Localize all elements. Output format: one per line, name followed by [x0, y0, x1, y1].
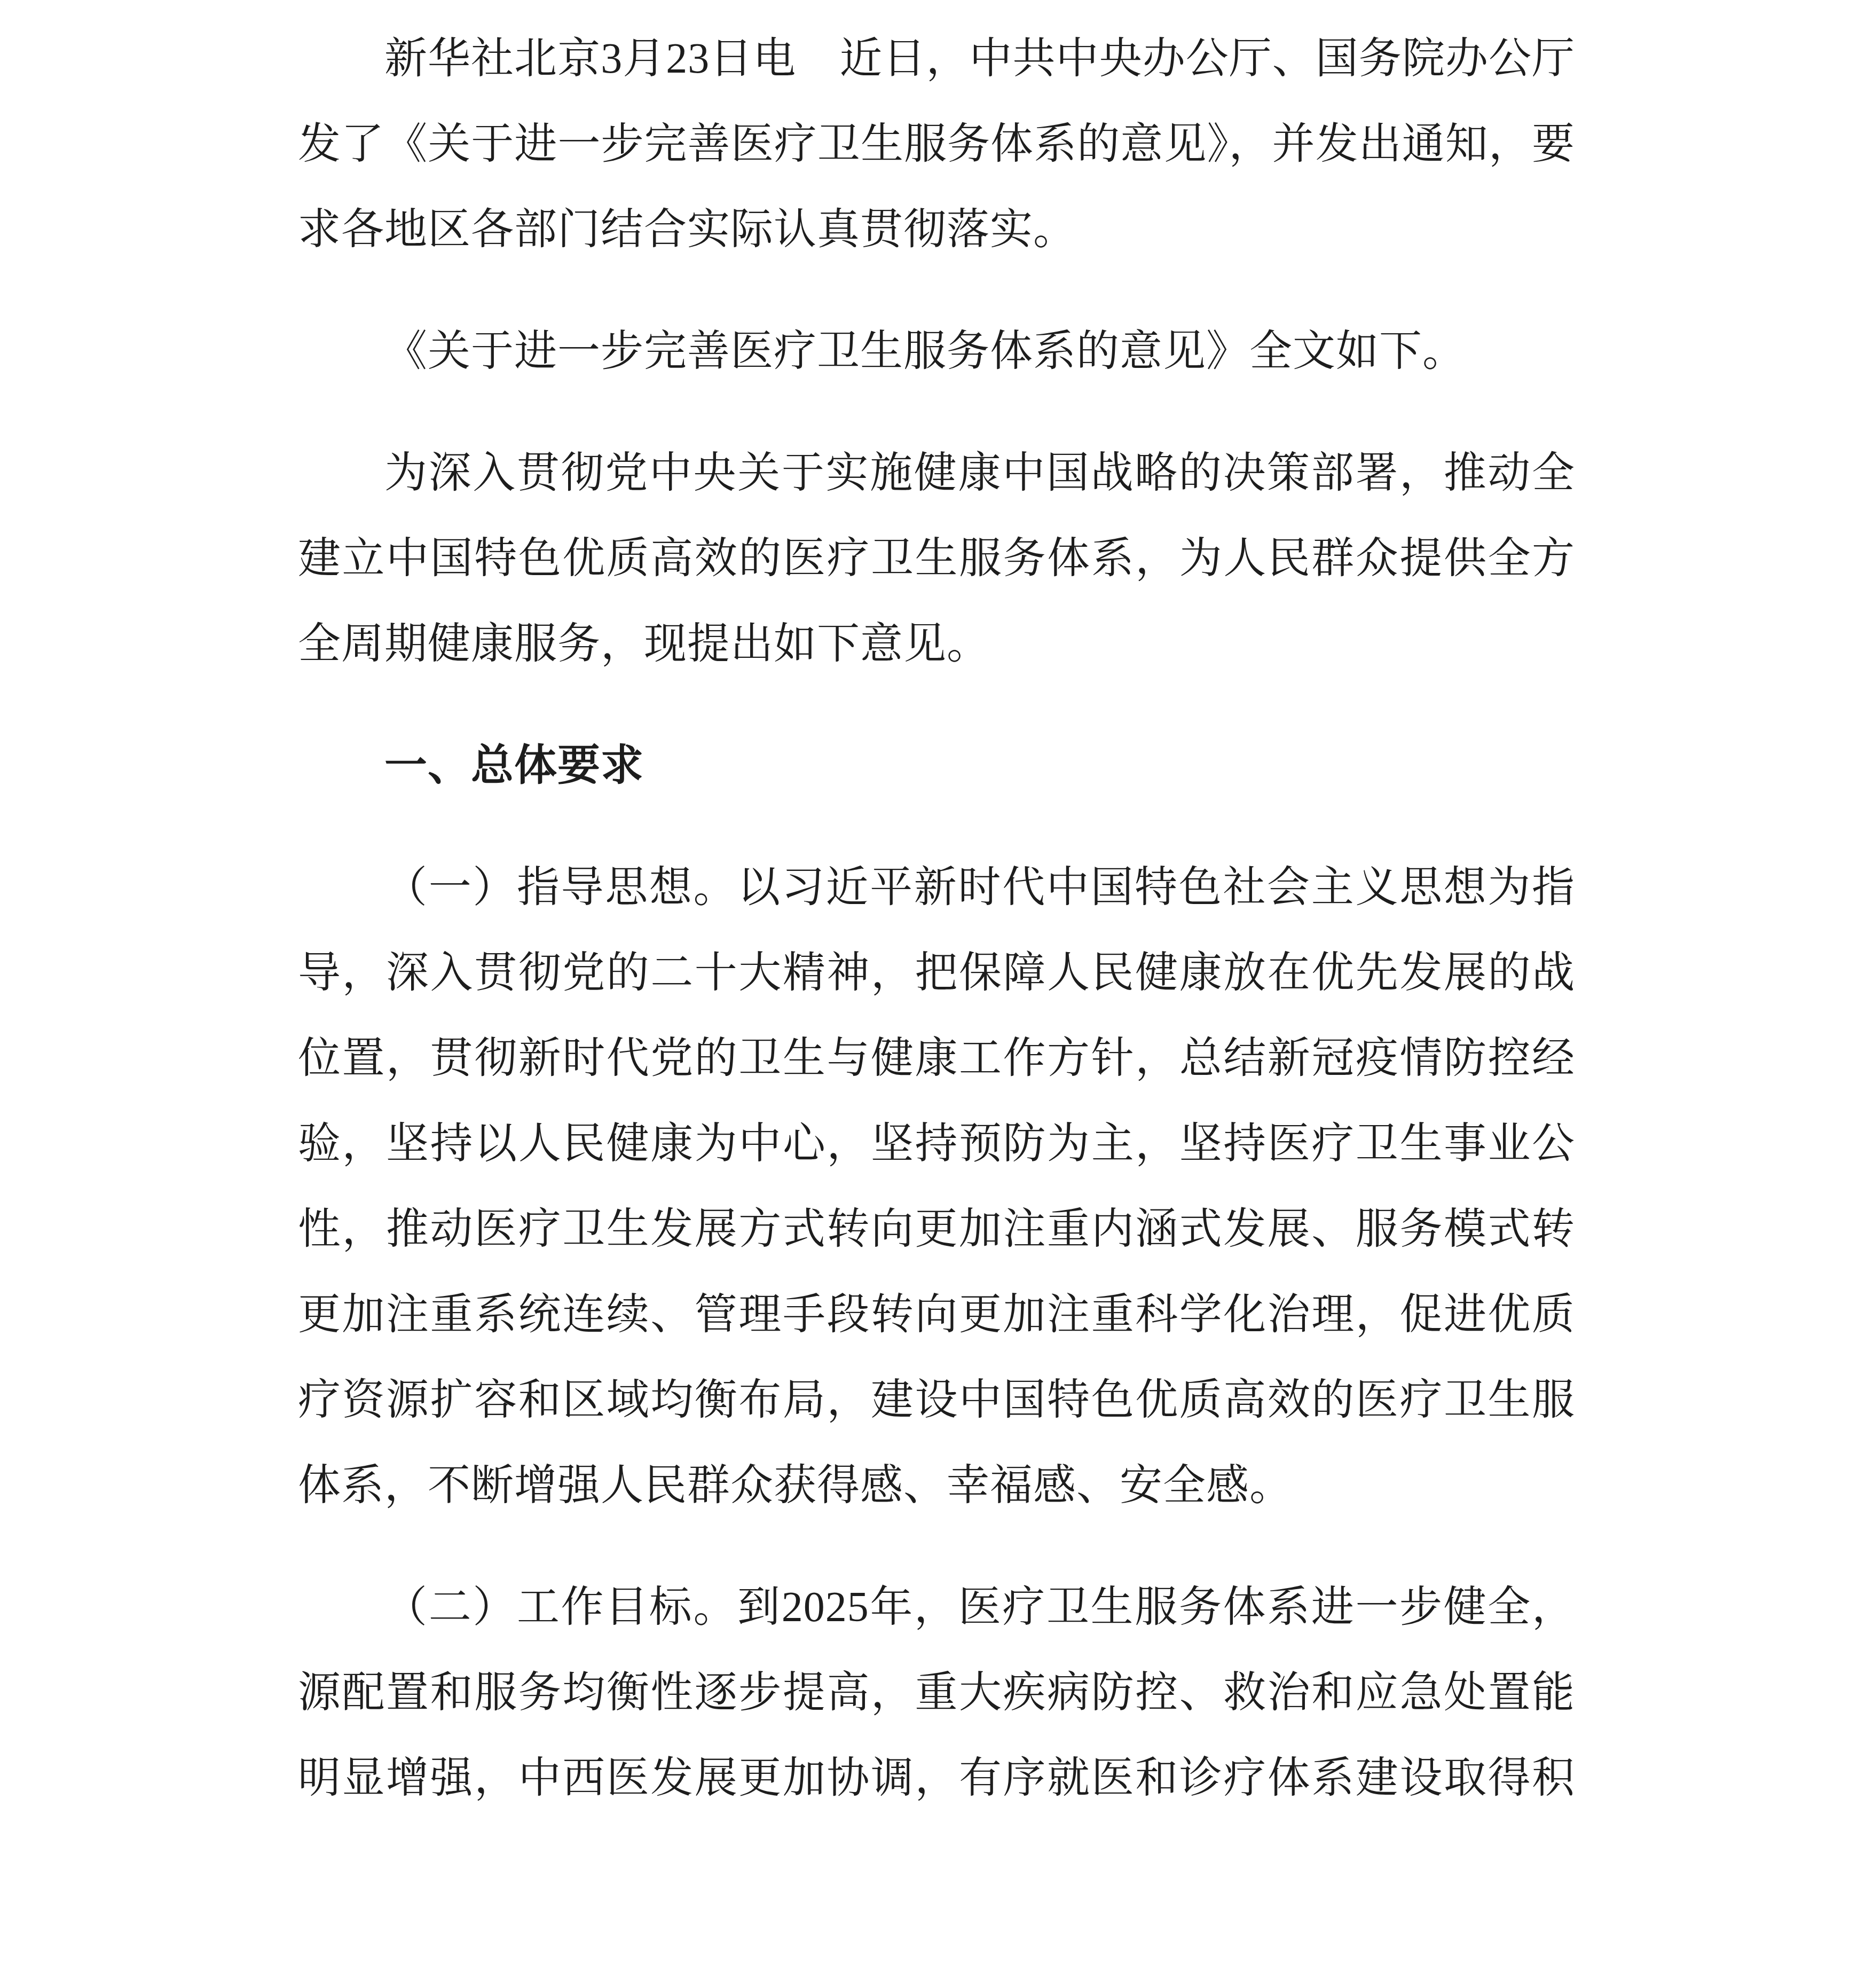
text-line: （二）工作目标。到2025年，医疗卫生服务体系进一步健全，资	[298, 1565, 1575, 1650]
fulltext-intro-paragraph: 《关于进一步完善医疗卫生服务体系的意见》全文如下。	[298, 309, 1575, 394]
text-line: 导，深入贯彻党的二十大精神，把保障人民健康放在优先发展的战略	[298, 930, 1575, 1016]
text-line: （一）指导思想。以习近平新时代中国特色社会主义思想为指	[298, 845, 1575, 930]
text-line: 全周期健康服务，现提出如下意见。	[298, 601, 1575, 687]
text-line: 体系，不断增强人民群众获得感、幸福感、安全感。	[298, 1443, 1575, 1528]
dateline-paragraph: 新华社北京3月23日电 近日，中共中央办公厅、国务院办公厅印发了《关于进一步完善…	[298, 16, 1575, 272]
text-line: 发了《关于进一步完善医疗卫生服务体系的意见》，并发出通知，要	[298, 101, 1575, 187]
text-line: 求各地区各部门结合实际认真贯彻落实。	[298, 187, 1575, 272]
document-page: 新华社北京3月23日电 近日，中共中央办公厅、国务院办公厅印发了《关于进一步完善…	[0, 0, 1873, 1988]
text-line: 源配置和服务均衡性逐步提高，重大疾病防控、救治和应急处置能力	[298, 1650, 1575, 1735]
text-line: 位置，贯彻新时代党的卫生与健康工作方针，总结新冠疫情防控经	[298, 1016, 1575, 1101]
text-line: 更加注重系统连续、管理手段转向更加注重科学化治理，促进优质医	[298, 1272, 1575, 1357]
text-line: 建立中国特色优质高效的医疗卫生服务体系，为人民群众提供全方位	[298, 516, 1575, 601]
text-line: 验，坚持以人民健康为中心，坚持预防为主，坚持医疗卫生事业公益	[298, 1101, 1575, 1186]
guiding-ideology-paragraph: （一）指导思想。以习近平新时代中国特色社会主义思想为指导，深入贯彻党的二十大精神…	[298, 845, 1575, 1528]
preamble-paragraph: 为深入贯彻党中央关于实施健康中国战略的决策部署，推动全面建立中国特色优质高效的医…	[298, 430, 1575, 687]
text-line: 新华社北京3月23日电 近日，中共中央办公厅、国务院办公厅印	[298, 16, 1575, 101]
work-goals-paragraph: （二）工作目标。到2025年，医疗卫生服务体系进一步健全，资源配置和服务均衡性逐…	[298, 1565, 1575, 1821]
section-heading-1: 一、总体要求	[298, 723, 1575, 808]
text-line: 性，推动医疗卫生发展方式转向更加注重内涵式发展、服务模式转向	[298, 1186, 1575, 1272]
text-line: 为深入贯彻党中央关于实施健康中国战略的决策部署，推动全面	[298, 430, 1575, 516]
text-line: 明显增强，中西医发展更加协调，有序就医和诊疗体系建设取得积极	[298, 1735, 1575, 1821]
text-line: 疗资源扩容和区域均衡布局，建设中国特色优质高效的医疗卫生服务	[298, 1357, 1575, 1443]
heading-line: 一、总体要求	[298, 723, 1575, 808]
document-content: 新华社北京3月23日电 近日，中共中央办公厅、国务院办公厅印发了《关于进一步完善…	[298, 16, 1575, 1857]
text-line: 《关于进一步完善医疗卫生服务体系的意见》全文如下。	[298, 309, 1575, 394]
